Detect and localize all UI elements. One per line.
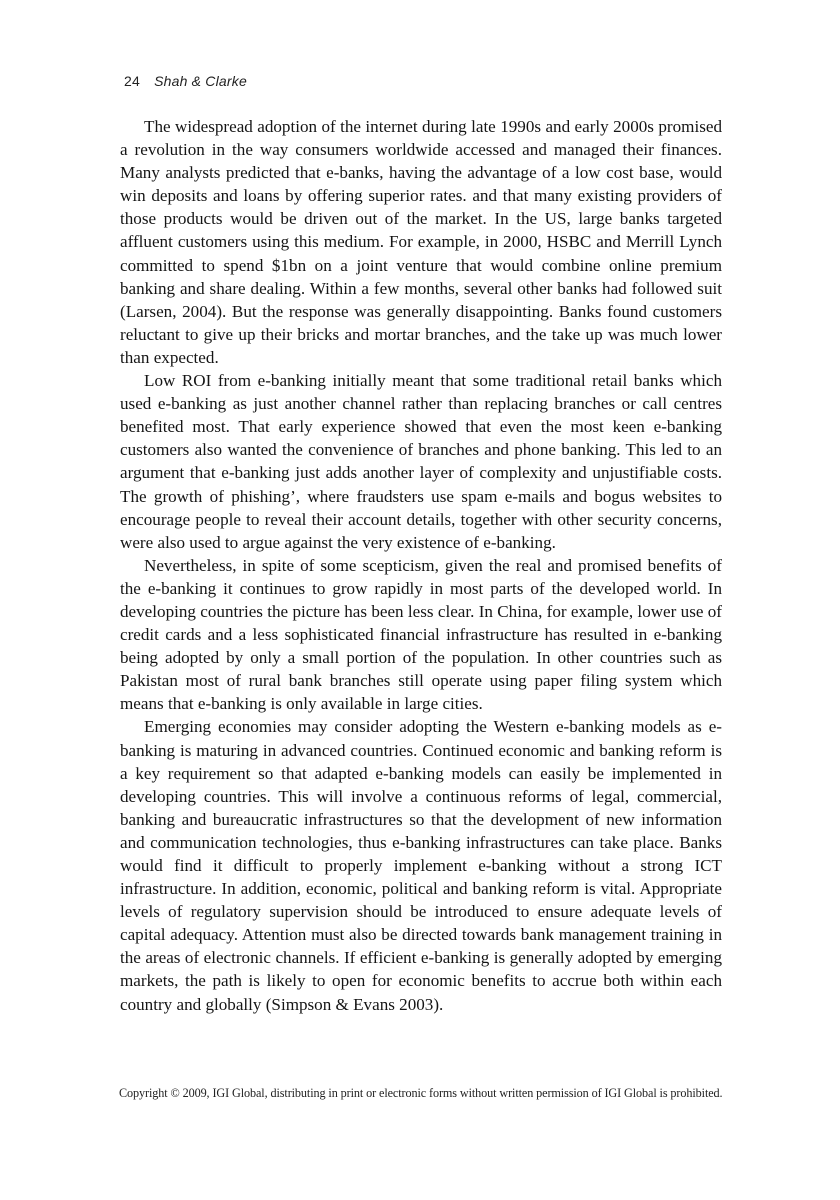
paragraph: Nevertheless, in spite of some scepticis… bbox=[120, 554, 722, 716]
body-text: The widespread adoption of the internet … bbox=[120, 115, 722, 1016]
paragraph: The widespread adoption of the internet … bbox=[120, 115, 722, 369]
running-head-authors: Shah & Clarke bbox=[154, 73, 247, 89]
copyright-notice: Copyright © 2009, IGI Global, distributi… bbox=[119, 1085, 724, 1101]
running-head: 24 Shah & Clarke bbox=[124, 73, 247, 89]
page-number: 24 bbox=[124, 73, 140, 89]
paragraph: Emerging economies may consider adopting… bbox=[120, 715, 722, 1015]
paragraph: Low ROI from e-banking initially meant t… bbox=[120, 369, 722, 554]
